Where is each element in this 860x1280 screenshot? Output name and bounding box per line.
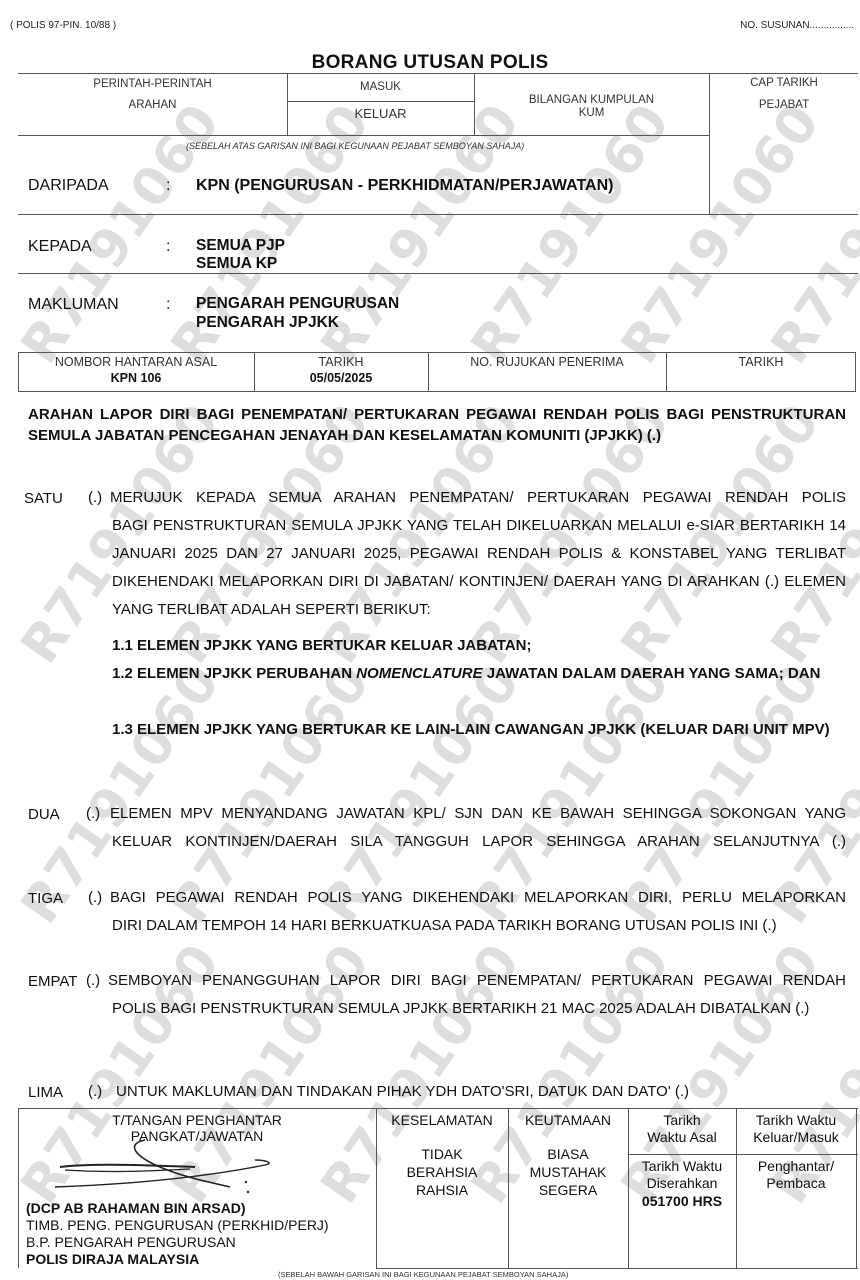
paragraph-1-item-3: 1.3 ELEMEN JPJKK YANG BERTUKAR KE LAIN-L… [112,716,846,744]
paragraph-3-marker: (.) [88,884,102,912]
inout-dtg-sublabel: Keluar/Masuk [736,1129,856,1145]
divider [18,214,858,215]
from-label: DARIPADA [28,177,109,195]
upper-office-note: (SEBELAH ATAS GARISAN INI BAGI KEGUNAAN … [186,141,524,151]
handed-dtg-value: 051700 HRS [628,1193,736,1209]
signature-icon [50,1135,280,1205]
paragraph-1-first-line: MERUJUK KEPADA SEMUA ARAHAN PENEMPATAN/ … [110,484,846,512]
paragraph-1-item-2: 1.2 ELEMEN JPJKK PERUBAHAN NOMENCLATURE … [112,660,846,688]
priority-option-mustahak: MUSTAHAK [508,1164,628,1180]
paragraph-2-marker: (.) [86,800,100,828]
item-2-text: 1.2 ELEMEN JPJKK PERUBAHAN [112,665,356,682]
to-value-1: SEMUA PJP [196,237,285,255]
to-value-2: SEMUA KP [196,255,277,273]
divider [18,73,858,74]
divider [18,1108,858,1109]
divider [376,1268,858,1269]
signer-organization: POLIS DIRAJA MALAYSIA [26,1251,199,1267]
orig-number-value: KPN 106 [18,371,254,385]
paragraph-5-marker: (.) [88,1078,102,1106]
divider [628,1154,858,1155]
subject: ARAHAN LAPOR DIRI BAGI PENEMPATAN/ PERTU… [28,404,846,446]
paragraph-2-first-line: ELEMEN MPV MENYANDANG JAWATAN KPL/ SJN D… [110,800,846,828]
paragraph-1-body: BAGI PENSTRUKTURAN SEMULA JPJKK YANG TEL… [112,512,846,624]
paragraph-3-first-line: BAGI PEGAWAI RENDAH POLIS YANG DIKEHENDA… [110,884,846,912]
divider [709,73,710,214]
handed-dtg-label: Tarikh Waktu [628,1158,736,1174]
operator-sublabel: Pembaca [736,1175,856,1191]
office-stamp-label: PEJABAT [709,99,859,111]
recipient-ref-label: NO. RUJUKAN PENERIMA [428,355,666,369]
signer-title: TIMB. PENG. PENGURUSAN (PERKHID/PERJ) [26,1217,329,1233]
security-option-berahsia: BERAHSIA [376,1164,508,1180]
divider [18,135,710,136]
to-label: KEPADA [28,238,92,256]
police-message-form: ( POLIS 97-PIN. 10/88 ) NO. SUSUNAN.....… [0,0,860,1280]
paragraph-1-item-1: 1.1 ELEMEN JPJKK YANG BERTUKAR KELUAR JA… [112,632,532,660]
lower-office-note: (SEBELAH BAWAH GARISAN INI BAGI KEGUNAAN… [278,1270,568,1279]
paragraph-1-marker: (.) [88,484,102,512]
divider [18,273,858,274]
security-option-tidak: TIDAK [376,1146,508,1162]
to-colon: : [166,238,170,256]
divider [856,1108,857,1268]
handed-dtg-sublabel: Diserahkan [628,1175,736,1191]
security-label: KESELAMATAN [376,1112,508,1128]
paragraph-4-first-line: SEMBOYAN PENANGGUHAN LAPOR DIRI BAGI PEN… [108,967,846,995]
incoming-label: MASUK [287,81,474,93]
origin-dtg-sublabel: Waktu Asal [628,1129,736,1145]
cc-label: MAKLUMAN [28,296,119,314]
paragraph-5-label: LIMA [28,1084,63,1101]
item-2-italic: NOMENCLATURE [356,665,482,682]
paragraph-1-label: SATU [24,490,63,507]
date-label: TARIKH [254,355,428,369]
orders-label: PERINTAH-PERINTAH [18,78,287,90]
paragraph-4-label: EMPAT [28,973,77,990]
form-title: BORANG UTUSAN POLIS [0,52,860,74]
date-stamp-label: CAP TARIKH [709,77,859,89]
paragraph-5-body: UNTUK MAKLUMAN DAN TINDAKAN PIHAK YDH DA… [116,1078,689,1106]
sender-signature-label: T/TANGAN PENGHANTAR [18,1112,376,1128]
origin-dtg-label: Tarikh [628,1112,736,1128]
priority-option-segera: SEGERA [508,1182,628,1198]
priority-label: KEUTAMAAN [508,1112,628,1128]
from-value: KPN (PENGURUSAN - PERKHIDMATAN/PERJAWATA… [196,177,613,195]
paragraph-3-body: DIRI DALAM TEMPOH 14 HARI BERKUATKUASA P… [112,912,846,940]
security-option-rahsia: RAHSIA [376,1182,508,1198]
signer-on-behalf: B.P. PENGARAH PENGURUSAN [26,1234,236,1250]
form-code: ( POLIS 97-PIN. 10/88 ) [10,20,116,31]
signer-name: (DCP AB RAHAMAN BIN ARSAD) [26,1200,246,1216]
date-value: 05/05/2025 [254,371,428,385]
outgoing-label: KELUAR [287,106,474,121]
paragraph-3-label: TIGA [28,890,63,907]
from-colon: : [166,177,170,195]
priority-option-biasa: BIASA [508,1146,628,1162]
cc-value-2: PENGARAH JPJKK [196,314,339,332]
orig-number-label: NOMBOR HANTARAN ASAL [18,355,254,369]
cc-value-1: PENGARAH PENGURUSAN [196,295,399,313]
divider [287,101,474,102]
serial-number-field: NO. SUSUNAN................ [740,20,854,31]
recipient-date-label: TARIKH [666,355,856,369]
group-count-label: BILANGAN KUMPULAN [474,94,709,106]
item-2-suffix: JAWATAN DALAM DAERAH YANG SAMA; DAN [483,665,821,682]
group-count-sublabel: KUM [474,107,709,119]
cc-colon: : [166,296,170,314]
inout-dtg-label: Tarikh Waktu [736,1112,856,1128]
paragraph-2-body: KELUAR KONTINJEN/DAERAH SILA TANGGUH LAP… [112,828,846,856]
paragraph-2-label: DUA [28,806,60,823]
directives-label: ARAHAN [18,99,287,111]
paragraph-4-body: POLIS BAGI PENSTRUKTURAN SEMULA JPJKK BE… [112,995,846,1023]
operator-label: Penghantar/ [736,1158,856,1174]
paragraph-4-marker: (.) [86,967,100,995]
